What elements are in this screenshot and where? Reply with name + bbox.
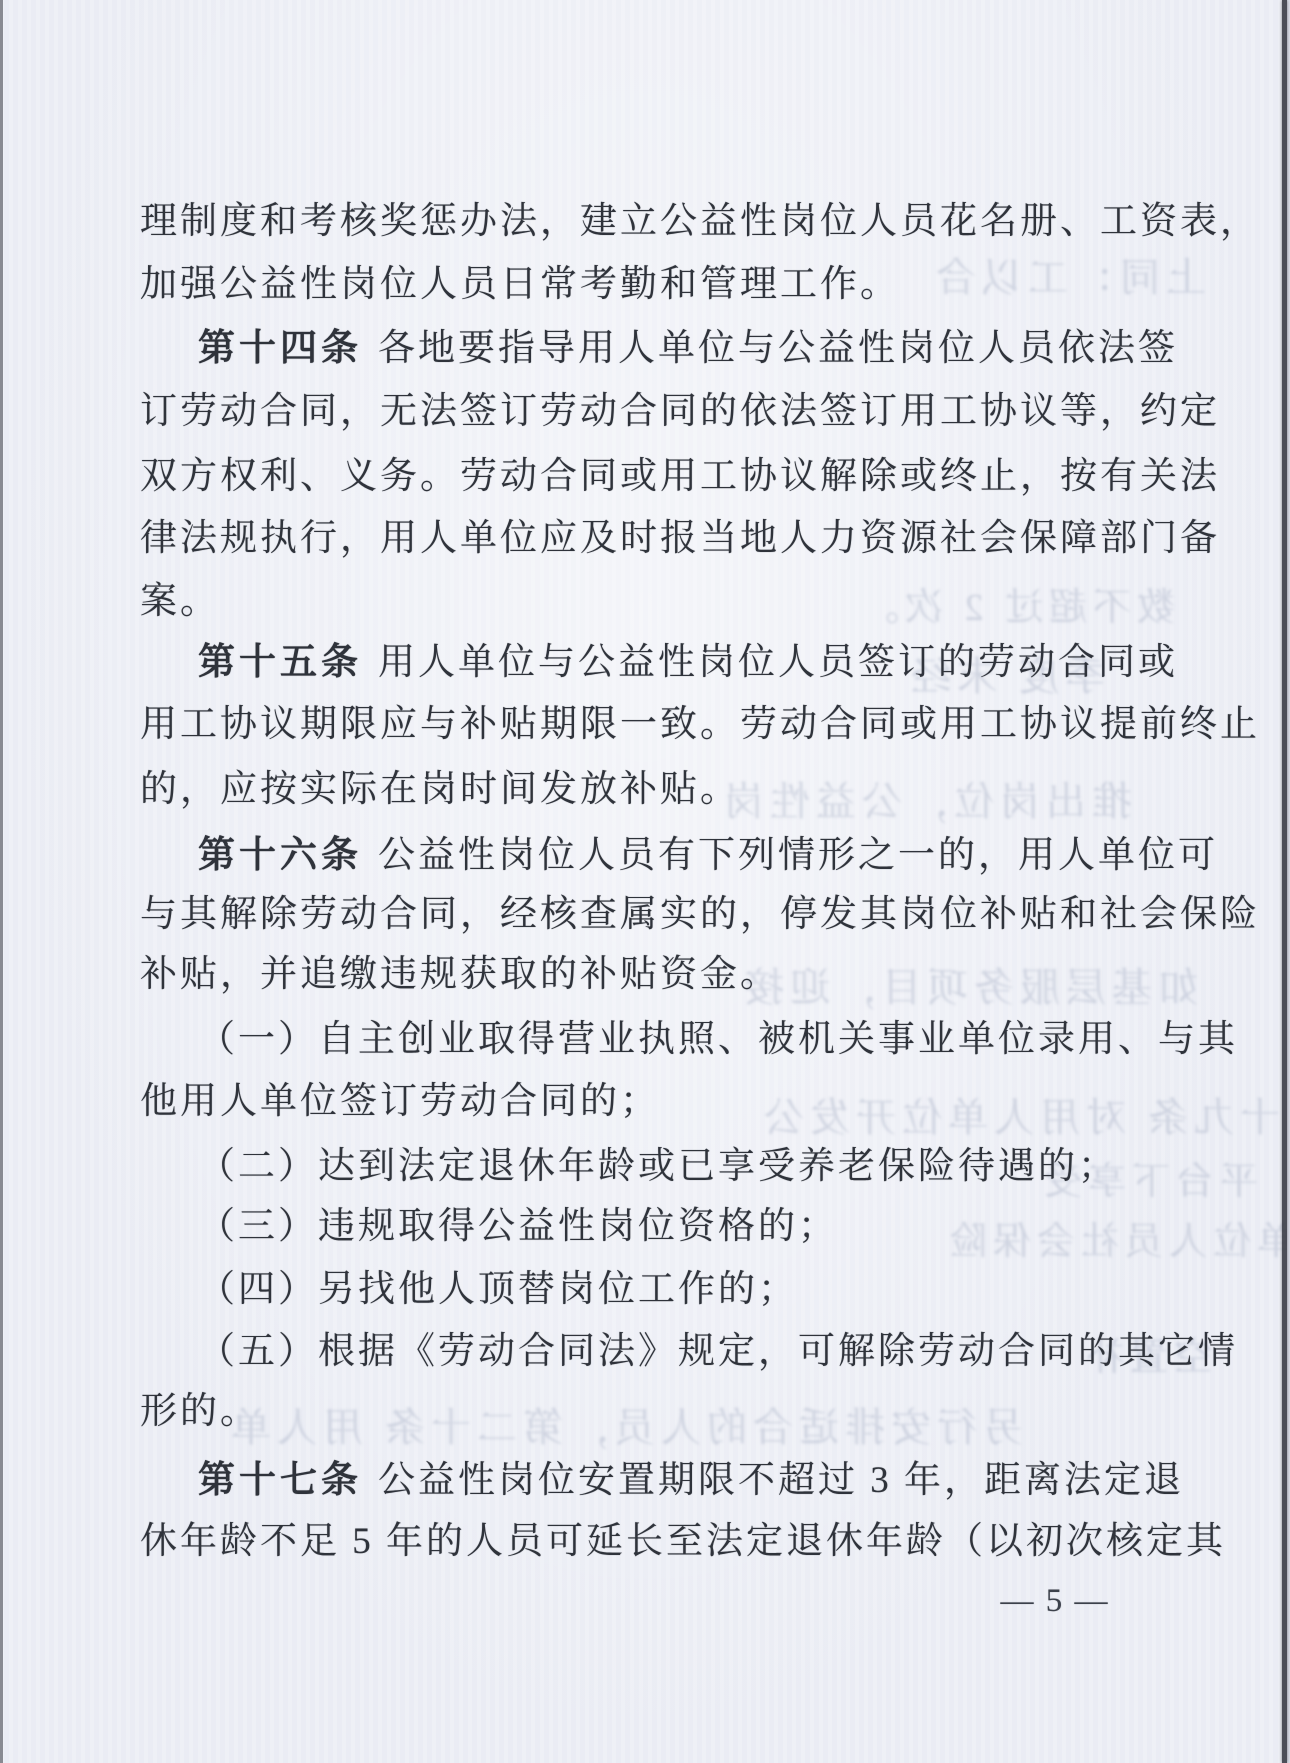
text-segment: 他用人单位签订劳动合同的； <box>140 1081 660 1122</box>
text-line: 第十七条公益性岗位安置期限不超过 3 年，距离法定退 <box>198 1458 1184 1502</box>
text-line: 他用人单位签订劳动合同的； <box>140 1080 660 1124</box>
bleedthrough-text: 第十九条 对用人单位开发公 <box>758 1086 1290 1143</box>
text-segment: （五）根据《劳动合同法》规定，可解除劳动合同的其它情 <box>198 1331 1238 1372</box>
text-segment: 律法规执行，用人单位应及时报当地人力资源社会保障部门备 <box>140 518 1220 559</box>
bleedthrough-text: 如基层服务项目，迎接 <box>738 956 1198 1013</box>
text-segment: 公益性岗位人员有下列情形之一的，用人单位可 <box>378 835 1218 876</box>
article-number: 第十四条 <box>198 326 362 369</box>
bleedthrough-text: 数不超过 2 次。 <box>855 576 1175 631</box>
text-line: 补贴，并追缴违规获取的补贴资金。 <box>140 953 780 997</box>
text-line: 双方权利、义务。劳动合同或用工协议解除或终止，按有关法 <box>140 455 1220 499</box>
text-line: （二）达到法定退休年龄或已享受养老保险待遇的； <box>198 1145 1118 1189</box>
text-line: 形的。 <box>140 1390 260 1434</box>
text-segment: 补贴，并追缴违规获取的补贴资金。 <box>140 954 780 995</box>
article-number: 第十七条 <box>198 1458 362 1501</box>
text-line: 用工协议期限应与补贴期限一致。劳动合同或用工协议提前终止 <box>140 703 1260 747</box>
text-segment: 加强公益性岗位人员日常考勤和管理工作。 <box>140 264 900 305</box>
text-segment: 各地要指导用人单位与公益性岗位人员依法签 <box>378 328 1178 369</box>
text-line: 律法规执行，用人单位应及时报当地人力资源社会保障部门备 <box>140 517 1220 561</box>
text-segment: 用人单位与公益性岗位人员签订的劳动合同或 <box>378 642 1178 683</box>
article-number: 第十六条 <box>198 833 362 876</box>
document-page: 上同：工以合数不超过 2 次。季度 末经推出岗位，公益性岗如基层服务项目，迎接第… <box>0 0 1290 1763</box>
text-line: 第十五条用人单位与公益性岗位人员签订的劳动合同或 <box>198 640 1178 684</box>
text-segment: 订劳动合同，无法签订劳动合同的依法签订用工协议等，约定 <box>140 391 1220 432</box>
text-segment: 与其解除劳动合同，经核查属实的，停发其岗位补贴和社会保险 <box>140 894 1260 935</box>
scan-edge-right <box>1282 0 1287 1763</box>
text-segment: 公益性岗位安置期限不超过 3 年，距离法定退 <box>378 1460 1184 1501</box>
text-segment: 案。 <box>140 581 220 622</box>
text-line: 第十四条各地要指导用人单位与公益性岗位人员依法签 <box>198 326 1178 370</box>
page-number: — 5 — <box>955 1583 1155 1620</box>
text-line: 案。 <box>140 580 220 624</box>
text-line: 与其解除劳动合同，经核查属实的，停发其岗位补贴和社会保险 <box>140 893 1260 937</box>
text-segment: 的，应按实际在岗时间发放补贴。 <box>140 769 740 810</box>
text-line: 的，应按实际在岗时间发放补贴。 <box>140 768 740 812</box>
text-segment: 休年龄不足 5 年的人员可延长至法定退休年龄（以初次核定其 <box>140 1521 1226 1562</box>
text-line: 加强公益性岗位人员日常考勤和管理工作。 <box>140 263 900 307</box>
text-line: 理制度和考核奖惩办法，建立公益性岗位人员花名册、工资表， <box>140 200 1260 244</box>
text-line: （一）自主创业取得营业执照、被机关事业单位录用、与其 <box>198 1018 1238 1062</box>
text-line: （四）另找他人顶替岗位工作的； <box>198 1268 798 1312</box>
text-segment: 双方权利、义务。劳动合同或用工协议解除或终止，按有关法 <box>140 456 1220 497</box>
text-segment: （三）违规取得公益性岗位资格的； <box>198 1206 838 1247</box>
text-segment: （一）自主创业取得营业执照、被机关事业单位录用、与其 <box>198 1019 1238 1060</box>
scan-edge-left <box>0 0 3 1763</box>
bleedthrough-text: 用人单位人员社会保险 <box>943 1210 1290 1265</box>
bleedthrough-text: 另行安排适合的人员，第二十条 用人单 <box>225 1396 1023 1453</box>
text-segment: 用工协议期限应与补贴期限一致。劳动合同或用工协议提前终止 <box>140 704 1260 745</box>
text-line: （五）根据《劳动合同法》规定，可解除劳动合同的其它情 <box>198 1330 1238 1374</box>
text-segment: （四）另找他人顶替岗位工作的； <box>198 1269 798 1310</box>
article-number: 第十五条 <box>198 640 362 683</box>
text-line: 第十六条公益性岗位人员有下列情形之一的，用人单位可 <box>198 833 1218 877</box>
text-line: （三）违规取得公益性岗位资格的； <box>198 1205 838 1249</box>
bleedthrough-text: 推出岗位，公益性岗 <box>718 770 1132 827</box>
text-segment: 形的。 <box>140 1391 260 1432</box>
text-line: 休年龄不足 5 年的人员可延长至法定退休年龄（以初次核定其 <box>140 1520 1226 1564</box>
text-segment: （二）达到法定退休年龄或已享受养老保险待遇的； <box>198 1146 1118 1187</box>
bleedthrough-text: 上同：工以合 <box>930 246 1206 303</box>
text-segment: 理制度和考核奖惩办法，建立公益性岗位人员花名册、工资表， <box>140 201 1260 242</box>
text-line: 订劳动合同，无法签订劳动合同的依法签订用工协议等，约定 <box>140 390 1220 434</box>
